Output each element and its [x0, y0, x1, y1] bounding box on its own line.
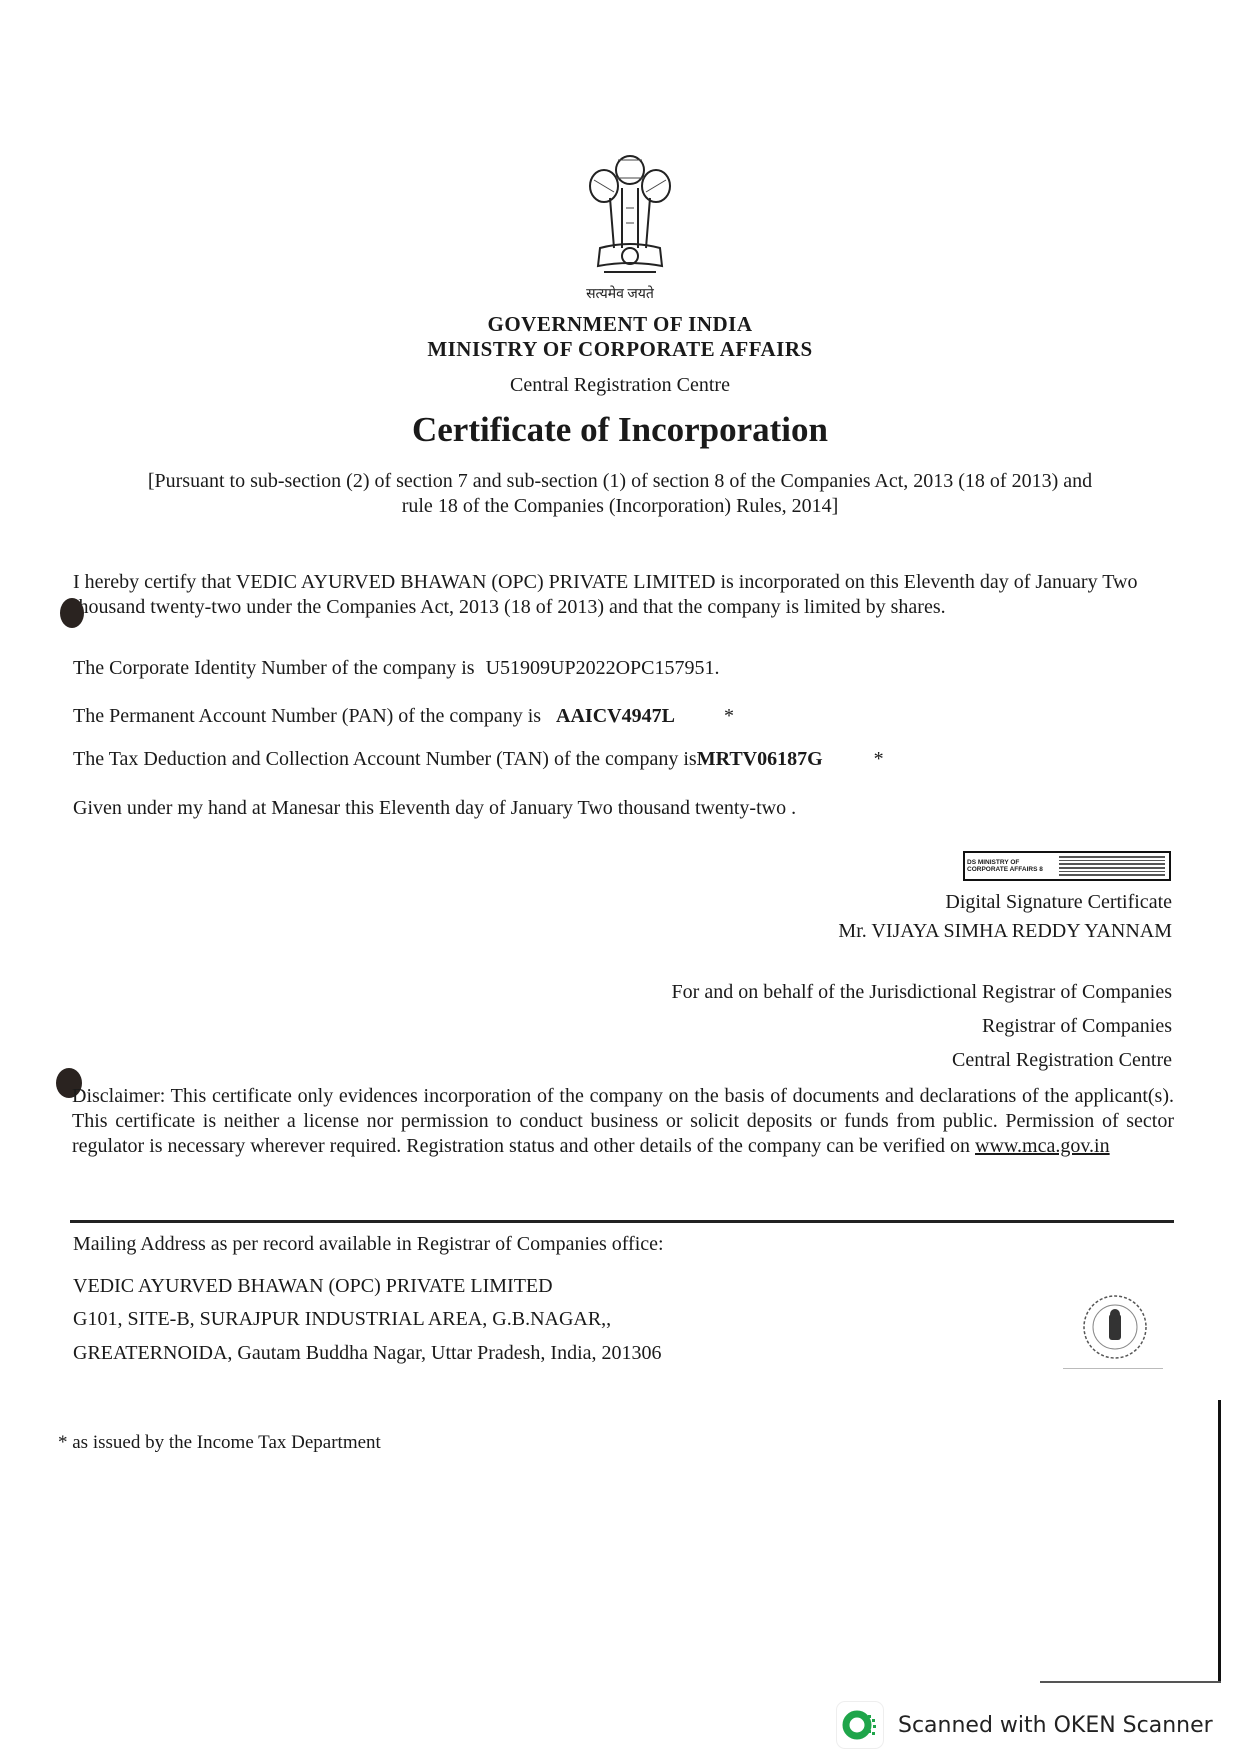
scanner-text: Scanned with OKEN Scanner [898, 1713, 1213, 1738]
mailing-heading: Mailing Address as per record available … [73, 1233, 664, 1256]
pursuant-line-2: rule 18 of the Companies (Incorporation)… [0, 494, 1240, 519]
signer-name: Mr. VIJAYA SIMHA REDDY YANNAM [838, 917, 1172, 946]
national-emblem-icon [580, 148, 680, 288]
given-line: Given under my hand at Manesar this Elev… [73, 797, 796, 820]
seal-underline [1063, 1368, 1163, 1369]
cin-label: The Corporate Identity Number of the com… [73, 657, 475, 679]
tan-line: The Tax Deduction and Collection Account… [73, 748, 884, 771]
tan-label: The Tax Deduction and Collection Account… [73, 748, 697, 770]
certificate-title: Certificate of Incorporation [0, 410, 1240, 450]
pan-line: The Permanent Account Number (PAN) of th… [73, 705, 734, 728]
pursuant-line-1: [Pursuant to sub-section (2) of section … [0, 469, 1240, 494]
mailing-address-line-1: G101, SITE-B, SURAJPUR INDUSTRIAL AREA, … [73, 1308, 611, 1331]
ds-stamp-detail [1059, 856, 1169, 876]
cin-value: U51909UP2022OPC157951. [486, 657, 720, 679]
scanner-watermark: Scanned with OKEN Scanner [836, 1702, 1213, 1748]
pan-value: AAICV4947L [556, 705, 675, 727]
registrar-centre-line: Central Registration Centre [672, 1043, 1172, 1077]
behalf-line: For and on behalf of the Jurisdictional … [672, 975, 1172, 1009]
mailing-company: VEDIC AYURVED BHAWAN (OPC) PRIVATE LIMIT… [73, 1275, 553, 1298]
disclaimer-paragraph: Disclaimer: This certificate only eviden… [72, 1084, 1174, 1159]
emblem-motto: सत्यमेव जयते [0, 284, 1240, 303]
centre-heading: Central Registration Centre [0, 374, 1240, 397]
signature-block: Digital Signature Certificate Mr. VIJAYA… [838, 888, 1172, 946]
digital-signature-stamp: DS MINISTRY OF CORPORATE AFFAIRS 8 [963, 851, 1171, 881]
pan-label: The Permanent Account Number (PAN) of th… [73, 705, 541, 727]
section-divider [70, 1220, 1174, 1223]
signature-cert-label: Digital Signature Certificate [838, 888, 1172, 917]
ink-blot [60, 598, 84, 628]
cin-line: The Corporate Identity Number of the com… [73, 657, 719, 680]
pan-footnote-mark: * [724, 705, 734, 727]
ds-stamp-label: DS MINISTRY OF CORPORATE AFFAIRS 8 [965, 859, 1059, 873]
tan-footnote-mark: * [874, 748, 884, 770]
tan-value: MRTV06187G [697, 748, 823, 770]
footnote: * as issued by the Income Tax Department [58, 1432, 381, 1454]
mca-website-link[interactable]: www.mca.gov.in [975, 1135, 1110, 1157]
government-heading: GOVERNMENT OF INDIA [0, 312, 1240, 337]
mailing-address-line-2: GREATERNOIDA, Gautam Buddha Nagar, Uttar… [73, 1342, 662, 1365]
registrar-seal-icon [1080, 1292, 1150, 1362]
page-edge [1218, 1400, 1221, 1682]
pursuant-clause: [Pursuant to sub-section (2) of section … [0, 469, 1240, 519]
certification-paragraph: I hereby certify that VEDIC AYURVED BHAW… [73, 570, 1173, 620]
page-edge [1040, 1681, 1221, 1683]
registrar-line: Registrar of Companies [672, 1009, 1172, 1043]
registrar-block: For and on behalf of the Jurisdictional … [672, 975, 1172, 1077]
oken-scanner-logo-icon [836, 1701, 884, 1749]
ministry-heading: MINISTRY OF CORPORATE AFFAIRS [0, 337, 1240, 362]
